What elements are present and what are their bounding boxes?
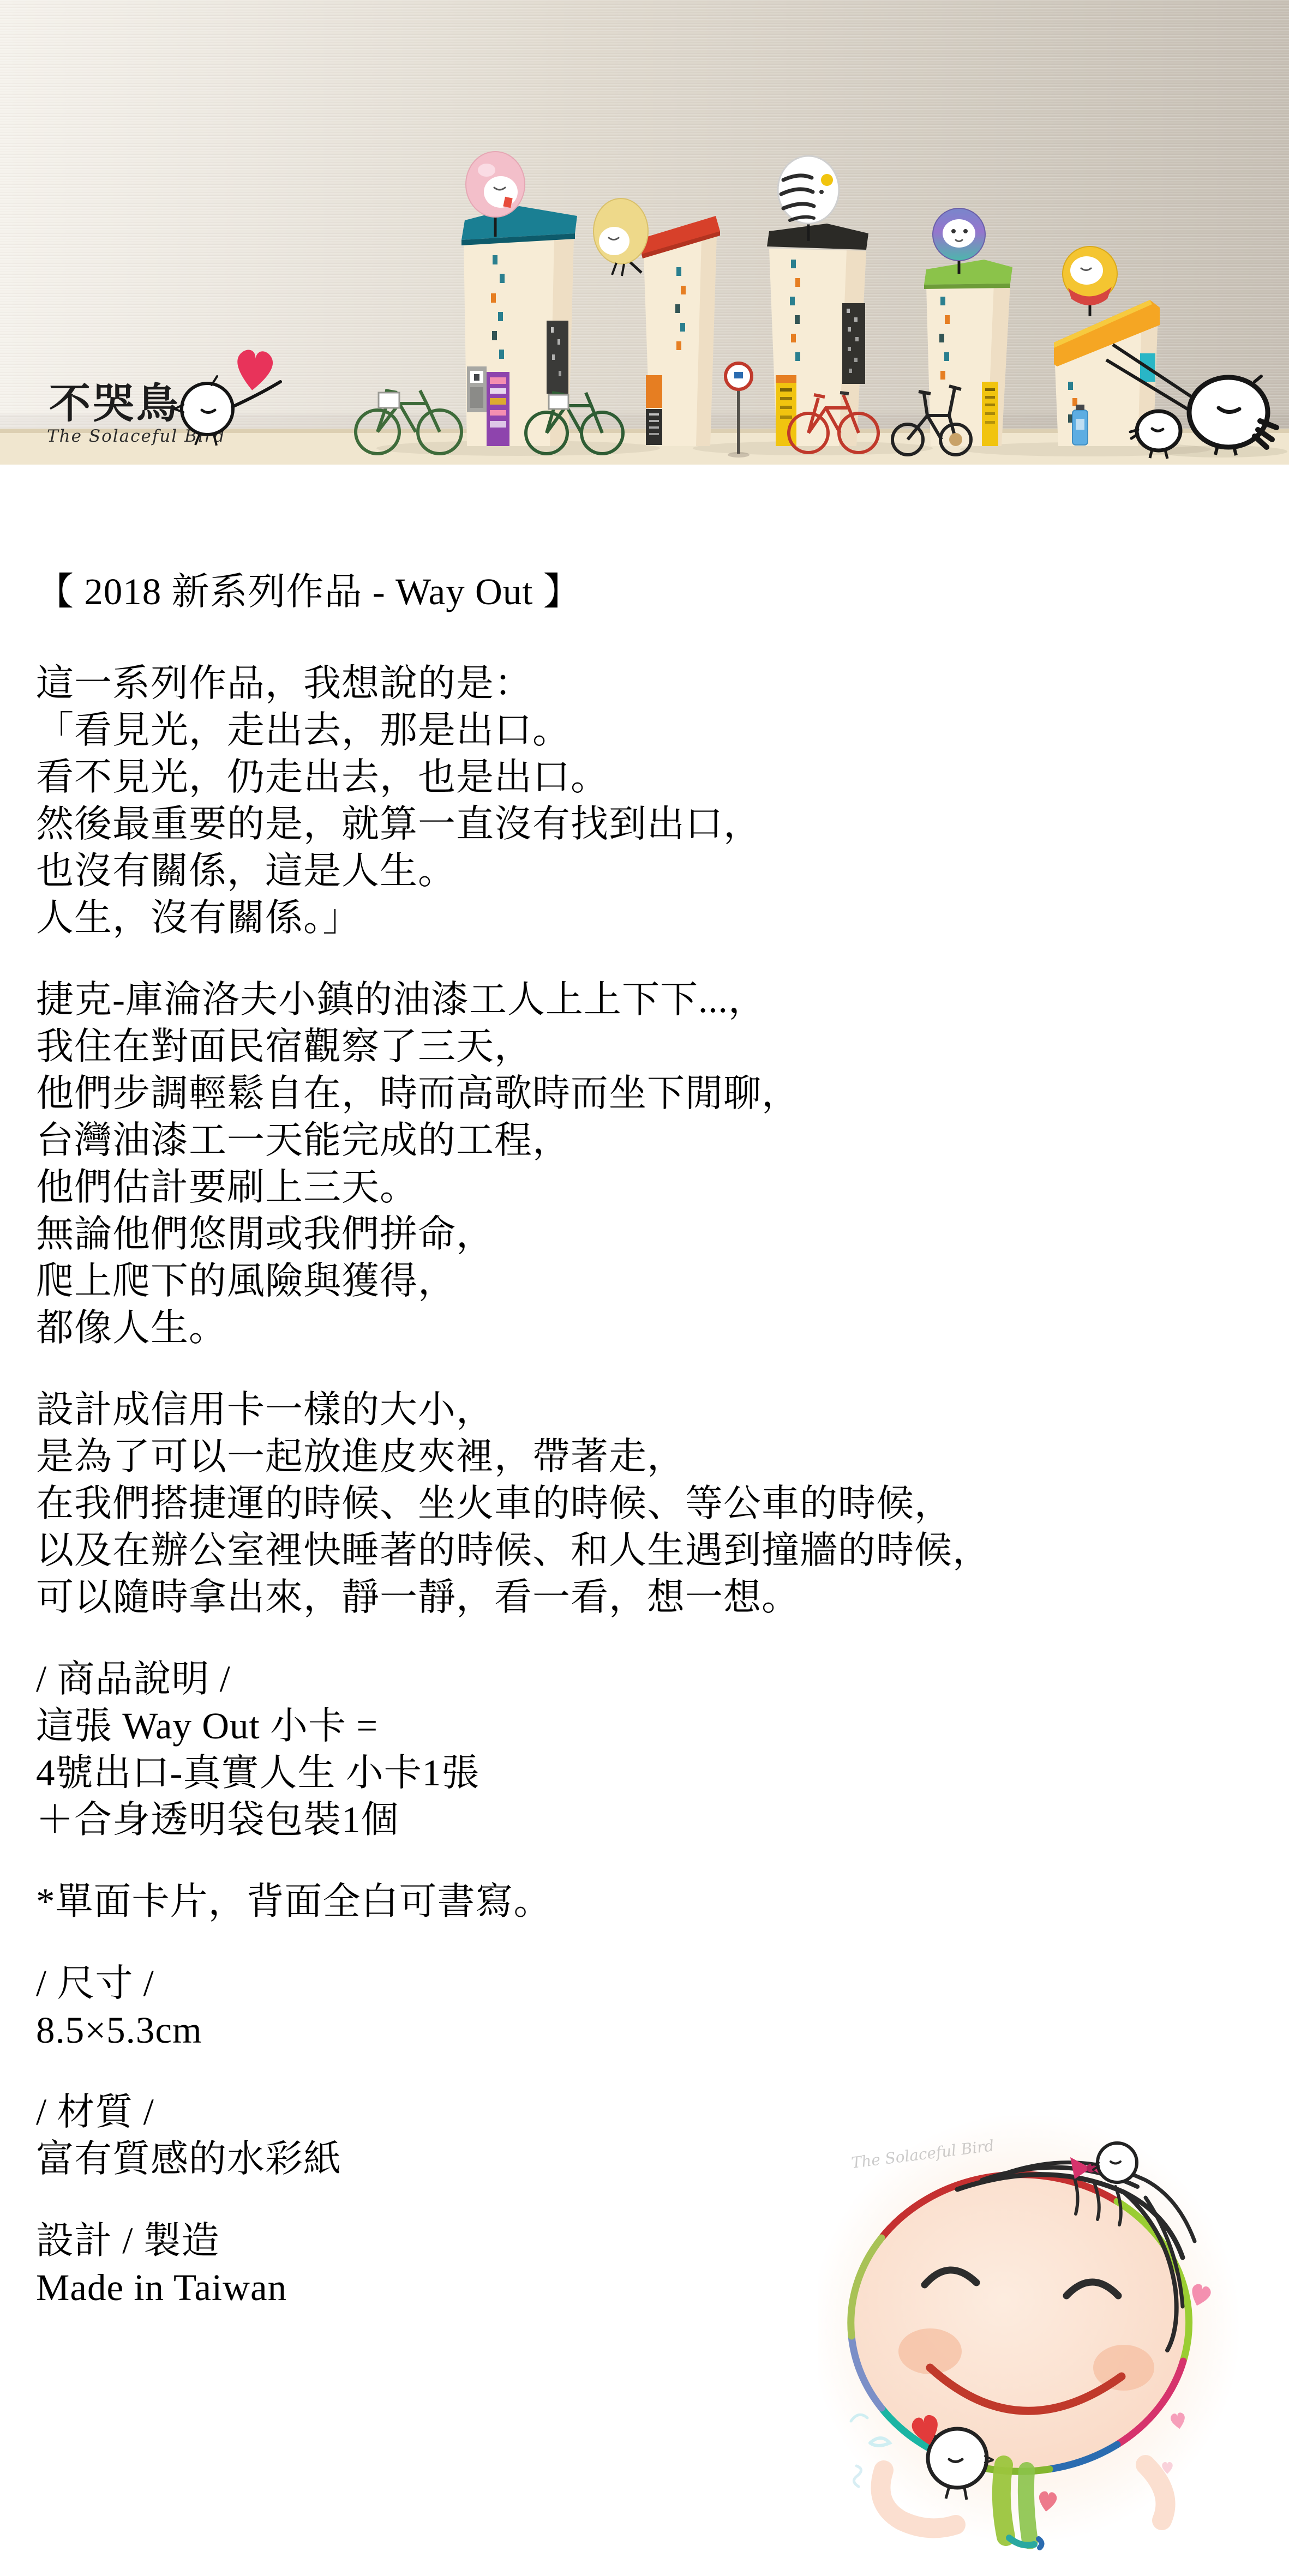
body-line: 然後最重要的是，就算一直沒有找到出口， <box>36 801 1256 847</box>
paragraph-size: / 尺寸 / 8.5×5.3cm <box>36 1960 1256 2054</box>
paragraph: 捷克-庫淪洛夫小鎮的油漆工人上上下下...， 我住在對面民宿觀察了三天， 他們步… <box>36 976 1256 1351</box>
section-header: / 商品說明 / <box>36 1656 1256 1702</box>
smiling-girl-illustration: The Solaceful Bird <box>818 2116 1255 2563</box>
paragraph-product-info: / 商品說明 / 這張 Way Out 小卡 = 4號出口-真實人生 小卡1張 … <box>36 1656 1256 1843</box>
body-line: 看不見光，仍走出去，也是出口。 <box>36 754 1256 801</box>
body-line: 在我們搭捷運的時候、坐火車的時候、等公車的時候， <box>36 1480 1256 1527</box>
product-description-page: 不哭鳥 The Solaceful Bird 【 2018 新系列作品 - Wa… <box>0 0 1289 2576</box>
blue-bottle <box>1072 405 1088 445</box>
series-title: 【 2018 新系列作品 - Way Out 】 <box>36 568 1256 615</box>
girl-face <box>851 2175 1189 2471</box>
yellow-strip-sticker <box>982 382 998 446</box>
body-line: 都像人生。 <box>36 1304 1256 1351</box>
banner-scene: 不哭鳥 The Solaceful Bird <box>0 0 1289 465</box>
body-line: 設計成信用卡一樣的大小， <box>36 1386 1256 1433</box>
section-header: / 尺寸 / <box>36 1960 1256 2007</box>
body-line: 可以隨時拿出來，靜一靜，看一看，想一想。 <box>36 1574 1256 1621</box>
body-line: ＋合身透明袋包裝1個 <box>36 1796 1256 1843</box>
wooden-house-red <box>641 216 720 446</box>
body-line: 他們估計要刷上三天。 <box>36 1164 1256 1211</box>
body-line: 這一系列作品，我想說的是： <box>36 660 1256 707</box>
banner-photo: 不哭鳥 The Solaceful Bird <box>0 0 1289 465</box>
body-line: 「看見光，走出去，那是出口。 <box>36 707 1256 754</box>
illustration-scene: The Solaceful Bird <box>818 2116 1255 2563</box>
paragraph-note: *單面卡片，背面全白可書寫。 <box>36 1878 1256 1925</box>
body-line: 這張 Way Out 小卡 = <box>36 1702 1256 1749</box>
body-line: 無論他們悠閒或我們拼命， <box>36 1211 1256 1257</box>
body-line: *單面卡片，背面全白可書寫。 <box>36 1878 1256 1925</box>
body-line: 人生，沒有關係。」 <box>36 894 1256 941</box>
logo-title: 不哭鳥 <box>49 381 180 427</box>
body-line: 是為了可以一起放進皮夾裡，帶著走， <box>36 1433 1256 1480</box>
yellow-door-sticker <box>776 375 796 446</box>
body-line: 捷克-庫淪洛夫小鎮的油漆工人上上下下...， <box>36 976 1256 1023</box>
body-line: 我住在對面民宿觀察了三天， <box>36 1023 1256 1070</box>
description-text: 【 2018 新系列作品 - Way Out 】 這一系列作品，我想說的是： 「… <box>0 465 1289 2346</box>
purple-door-sticker <box>487 372 509 446</box>
gray-sign-tag <box>467 366 487 412</box>
dark-window-panel <box>547 321 568 394</box>
body-line: 也沒有關係，這是人生。 <box>36 847 1256 894</box>
paragraph: 這一系列作品，我想說的是： 「看見光，走出去，那是出口。 看不見光，仍走出去，也… <box>36 660 1256 941</box>
paragraph: 設計成信用卡一樣的大小， 是為了可以一起放進皮夾裡，帶著走， 在我們搭捷運的時候… <box>36 1386 1256 1621</box>
sticker-strip <box>646 375 662 445</box>
body-line: 4號出口-真實人生 小卡1張 <box>36 1749 1256 1796</box>
body-line: 他們步調輕鬆自在，時而高歌時而坐下閒聊， <box>36 1070 1256 1117</box>
cheek-right <box>1093 2345 1154 2391</box>
body-line: 台灣油漆工一天能完成的工程， <box>36 1117 1256 1164</box>
body-line: 爬上爬下的風險與獲得， <box>36 1257 1256 1304</box>
size-value: 8.5×5.3cm <box>36 2007 1256 2054</box>
body-line: 以及在辦公室裡快睡著的時候、和人生遇到撞牆的時候， <box>36 1527 1256 1574</box>
dark-window-panel <box>842 303 865 384</box>
